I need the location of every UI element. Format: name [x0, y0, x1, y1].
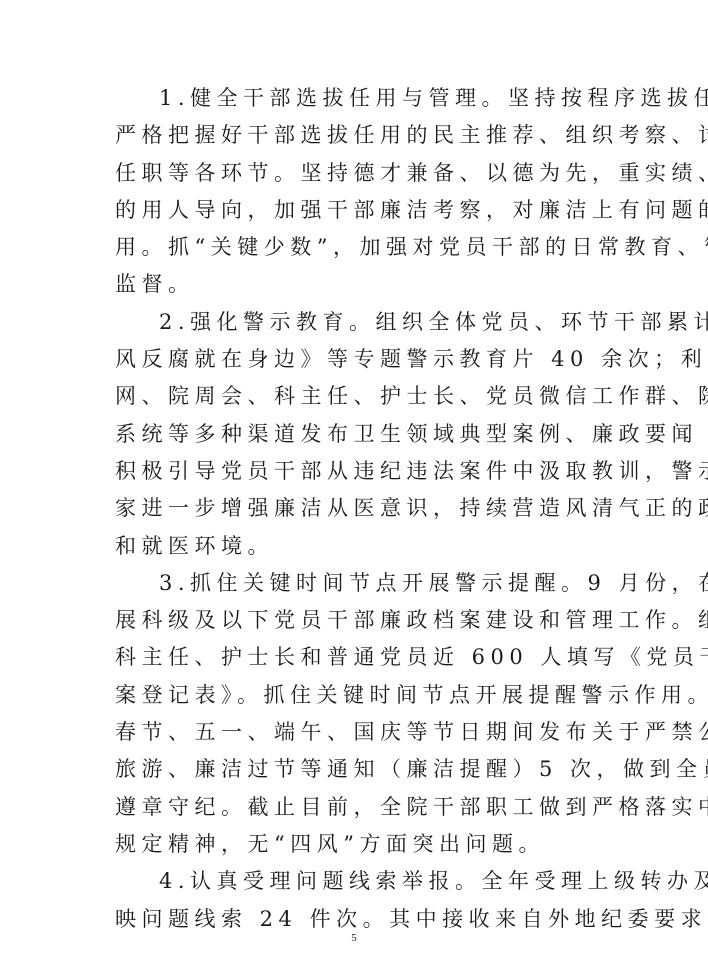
text-line: 的用人导向，加强干部廉洁考察，对廉洁上有问题的坚决不 [115, 192, 607, 229]
document-body: 1.健全干部选拔任用与管理。坚持按程序选拔任用干部， 严格把握好干部选拔任用的民… [115, 80, 607, 938]
text-line: 遵章守纪。截止目前，全院干部职工做到严格落实中央八项 [115, 789, 607, 826]
text-line: 案登记表》。抓住关键时间节点开展提醒警示作用。在元旦、 [115, 677, 607, 714]
text-line: 监督。 [115, 266, 607, 303]
text-line: 1.健全干部选拔任用与管理。坚持按程序选拔任用干部， [115, 80, 607, 117]
text-line: 风反腐就在身边》等专题警示教育片 40 余次；利用医院官 [115, 341, 607, 378]
text-line: 展科级及以下党员干部廉政档案建设和管理工作。组织全院 [115, 602, 607, 639]
text-line: 2.强化警示教育。组织全体党员、环节干部累计观看《正 [115, 304, 607, 341]
paragraph-1: 1.健全干部选拔任用与管理。坚持按程序选拔任用干部， 严格把握好干部选拔任用的民… [115, 80, 607, 304]
text-line: 家进一步增强廉洁从医意识，持续营造风清气正的政治生态 [115, 490, 607, 527]
text-line: 规定精神，无“四风”方面突出问题。 [115, 826, 607, 863]
text-line: 3.抓住关键时间节点开展警示提醒。9 月份，在全院开 [115, 565, 607, 602]
text-line: 网、院周会、科主任、护士长、党员微信工作群、院内 OA [115, 378, 607, 415]
page-number: 5 [0, 932, 708, 944]
text-line: 任职等各环节。坚持德才兼备、以德为先，重实绩、重能力 [115, 155, 607, 192]
paragraph-4: 4.认真受理问题线索举报。全年受理上级转办及院内反 映问题线索 24 件次。其中… [115, 863, 607, 938]
text-line: 系统等多种渠道发布卫生领域典型案例、廉政要闻 100 余件， [115, 416, 607, 453]
text-line: 4.认真受理问题线索举报。全年受理上级转办及院内反 [115, 863, 607, 900]
paragraph-3: 3.抓住关键时间节点开展警示提醒。9 月份，在全院开 展科级及以下党员干部廉政档… [115, 565, 607, 863]
text-line: 严格把握好干部选拔任用的民主推荐、组织考察、讨论决定、 [115, 117, 607, 154]
text-line: 科主任、护士长和普通党员近 600 人填写《党员干部廉政档 [115, 639, 607, 676]
text-line: 积极引导党员干部从违纪违法案件中汲取教训，警示教育大 [115, 453, 607, 490]
paragraph-2: 2.强化警示教育。组织全体党员、环节干部累计观看《正 风反腐就在身边》等专题警示… [115, 304, 607, 565]
document-page: 1.健全干部选拔任用与管理。坚持按程序选拔任用干部， 严格把握好干部选拔任用的民… [0, 0, 708, 972]
text-line: 旅游、廉洁过节等通知（廉洁提醒）5 次，做到全员知晓， [115, 751, 607, 788]
text-line: 和就医环境。 [115, 528, 607, 565]
text-line: 春节、五一、端午、国庆等节日期间发布关于严禁公款吃喝、 [115, 714, 607, 751]
text-line: 用。抓“关键少数”，加强对党员干部的日常教育、管理和 [115, 229, 607, 266]
